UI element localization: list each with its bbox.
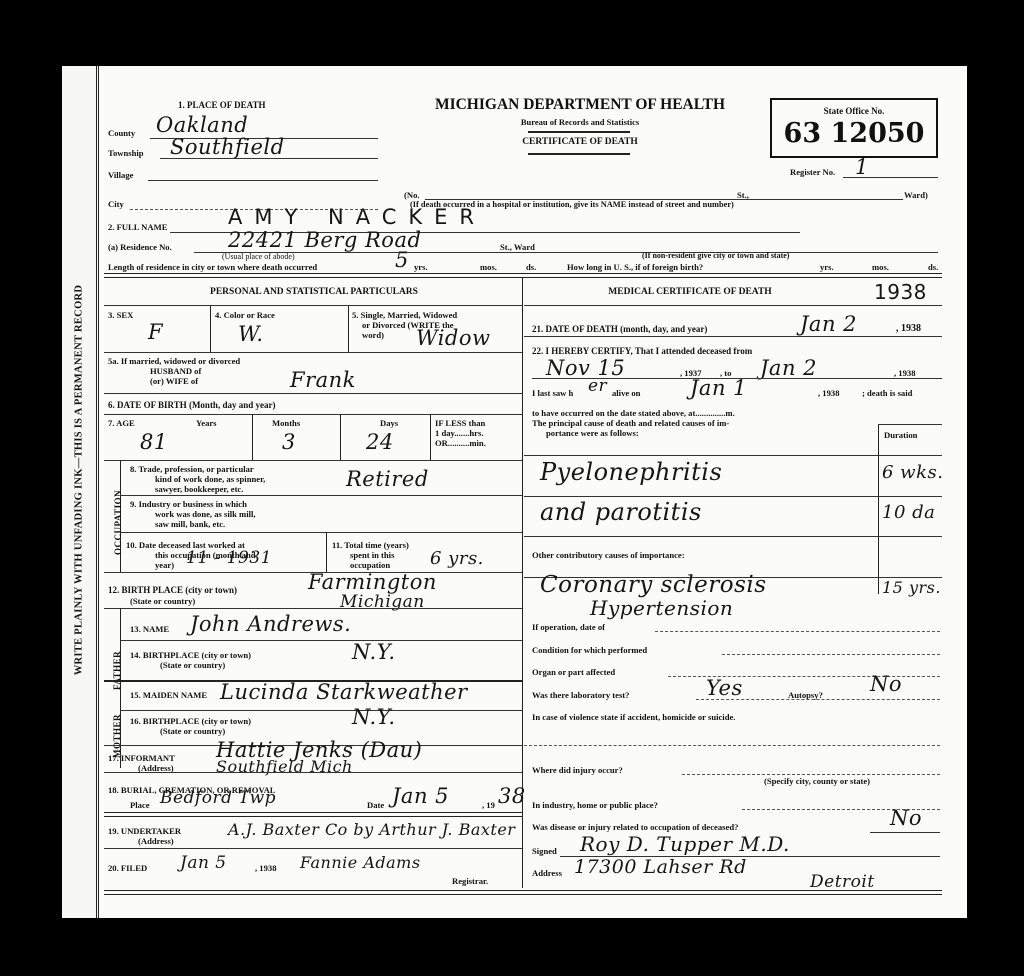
injury-where-note: (Specify city, county or state) bbox=[764, 776, 870, 786]
physician-address-label: Address bbox=[532, 868, 562, 878]
register-label: Register No. bbox=[790, 167, 835, 177]
filed-label: 20. FILED bbox=[108, 863, 147, 873]
us-ds-label: ds. bbox=[928, 262, 938, 272]
divider bbox=[120, 640, 522, 641]
cell-divider bbox=[340, 414, 341, 460]
date-of-death-label: 21. DATE OF DEATH (month, day, and year) bbox=[532, 324, 707, 334]
us-residence-label: How long in U. S., if of foreign birth? bbox=[567, 262, 703, 272]
village-label: Village bbox=[108, 170, 133, 180]
cell-divider bbox=[210, 306, 211, 352]
divider bbox=[104, 393, 522, 394]
date-of-death-value: Jan 2 bbox=[800, 312, 857, 336]
street-ward-label: Ward) bbox=[904, 190, 928, 200]
cause-1-value: Pyelonephritis bbox=[540, 458, 722, 486]
street-no-label: (No. bbox=[404, 190, 420, 200]
birthplace-city-value: Farmington bbox=[308, 570, 437, 594]
divider bbox=[524, 305, 942, 306]
death-said-label: ; death is said bbox=[862, 388, 912, 398]
lab-test-label: Was there laboratory test? bbox=[532, 690, 629, 700]
informant-address-value: Southfield Mich bbox=[216, 757, 353, 776]
margin-instruction: WRITE PLAINLY WITH UNFADING INK—THIS IS … bbox=[74, 285, 85, 676]
date-of-death-year: , 1938 bbox=[896, 324, 921, 334]
spouse-label-1: 5a. If married, widowed or divorced bbox=[108, 356, 240, 366]
underline bbox=[696, 699, 940, 700]
mos-label: mos. bbox=[480, 262, 497, 272]
burial-date-value: Jan 5 bbox=[392, 784, 449, 808]
autopsy-value: No bbox=[870, 672, 902, 696]
total-time-label-1: 11. Total time (years) bbox=[332, 540, 409, 550]
underline bbox=[148, 180, 378, 181]
mother-name-value: Lucinda Starkweather bbox=[220, 680, 468, 704]
attended-to-year: , 1938 bbox=[894, 368, 915, 378]
last-worked-value: 11 - 1931 bbox=[186, 548, 272, 568]
residence-st-ward-label: St., Ward bbox=[500, 242, 535, 252]
marital-label-1: 5. Single, Married, Widowed bbox=[352, 310, 457, 320]
underline bbox=[870, 832, 940, 833]
birthplace-sub-label: (State or country) bbox=[130, 596, 195, 606]
mother-birthplace-label: 16. BIRTHPLACE (city or town) bbox=[130, 716, 251, 726]
burial-year-prefix: , 19 bbox=[482, 800, 495, 810]
divider bbox=[528, 131, 630, 133]
divider bbox=[104, 305, 522, 306]
county-value: Oakland bbox=[156, 113, 248, 137]
burial-date-label: Date bbox=[367, 800, 384, 810]
cell-divider bbox=[326, 532, 327, 572]
total-time-value: 6 yrs. bbox=[430, 548, 484, 569]
undertaker-value: A.J. Baxter Co by Arthur J. Baxter bbox=[228, 820, 515, 839]
signed-value: Roy D. Tupper M.D. bbox=[580, 832, 790, 856]
father-birthplace-label: 14. BIRTHPLACE (city or town) bbox=[130, 650, 251, 660]
last-saw-year: , 1938 bbox=[818, 388, 839, 398]
place-of-death-heading: 1. PLACE OF DEATH bbox=[178, 100, 266, 110]
registrar-name-value: Fannie Adams bbox=[300, 853, 421, 872]
attended-from-value: Nov 15 bbox=[546, 356, 625, 380]
other-cause-2-value: Hypertension bbox=[590, 596, 733, 620]
signed-label: Signed bbox=[532, 846, 557, 856]
other-cause-1-value: Coronary sclerosis bbox=[540, 572, 767, 598]
length-years-value: 5 bbox=[395, 248, 409, 272]
industry-label-3: saw mill, bank, etc. bbox=[155, 519, 225, 529]
spouse-label-3: (or) WIFE of bbox=[150, 376, 198, 386]
spouse-value: Frank bbox=[290, 368, 356, 392]
cause-line bbox=[524, 455, 942, 456]
last-saw-label: I last saw h bbox=[532, 388, 573, 398]
spouse-label-2: HUSBAND of bbox=[150, 366, 201, 376]
violence-label: In case of violence state if accident, h… bbox=[532, 712, 735, 722]
less-label-2: 1 day.......hrs. bbox=[435, 428, 483, 438]
divider bbox=[104, 848, 522, 849]
cause-line bbox=[524, 536, 942, 537]
trade-label-2: kind of work done, as spinner, bbox=[155, 474, 265, 484]
cause-1-duration: 6 wks. bbox=[882, 462, 943, 483]
certificate-title: CERTIFICATE OF DEATH bbox=[450, 137, 710, 147]
attended-to-value: Jan 2 bbox=[760, 356, 817, 380]
related-occupation-value: No bbox=[890, 806, 922, 830]
residence-value: 22421 Berg Road bbox=[228, 228, 421, 252]
father-birthplace-value: N.Y. bbox=[352, 640, 396, 664]
alive-on-label: alive on bbox=[612, 388, 640, 398]
age-months-label: Months bbox=[272, 418, 300, 428]
less-label-1: IF LESS than bbox=[435, 418, 485, 428]
mother-birthplace-sub: (State or country) bbox=[160, 726, 225, 736]
birthplace-label: 12. BIRTH PLACE (city or town) bbox=[108, 585, 237, 595]
ds-label: ds. bbox=[526, 262, 536, 272]
age-days-label: Days bbox=[380, 418, 398, 428]
divider bbox=[524, 336, 942, 337]
organ-label: Organ or part affected bbox=[532, 667, 615, 677]
other-cause-1-duration: 15 yrs. bbox=[882, 578, 941, 597]
state-office-label: State Office No. bbox=[772, 106, 936, 116]
related-occupation-label: Was disease or injury related to occupat… bbox=[532, 822, 738, 832]
condition-label: Condition for which performed bbox=[532, 645, 647, 655]
city-label: City bbox=[108, 199, 124, 209]
divider bbox=[120, 532, 522, 533]
township-value: Southfield bbox=[170, 135, 285, 159]
state-office-box: State Office No. 63 12050 bbox=[770, 98, 938, 158]
personal-section-heading: PERSONAL AND STATISTICAL PARTICULARS bbox=[108, 287, 520, 297]
last-saw-date-value: Jan 1 bbox=[690, 376, 747, 400]
duration-label: Duration bbox=[884, 430, 917, 440]
physician-address-line1: 17300 Lahser Rd bbox=[574, 856, 747, 878]
informant-label: 17. INFORMANT bbox=[108, 753, 175, 763]
register-number: 1 bbox=[855, 155, 869, 179]
mother-name-label: 15. MAIDEN NAME bbox=[130, 690, 207, 700]
divider bbox=[104, 812, 522, 817]
last-worked-label-3: year) bbox=[155, 560, 174, 570]
father-birthplace-sub: (State or country) bbox=[160, 660, 225, 670]
undertaker-label: 19. UNDERTAKER bbox=[108, 826, 181, 836]
state-office-number: 63 12050 bbox=[772, 118, 936, 149]
underline bbox=[524, 745, 940, 746]
age-days-value: 24 bbox=[366, 430, 394, 454]
nonresident-note: (If non-resident give city or town and s… bbox=[642, 251, 789, 261]
divider bbox=[104, 608, 522, 609]
underline bbox=[722, 654, 940, 655]
color-value: W. bbox=[238, 322, 264, 346]
father-name-label: 13. NAME bbox=[130, 624, 169, 634]
age-months-value: 3 bbox=[282, 430, 296, 454]
trade-label-3: sawyer, bookkeeper, etc. bbox=[155, 484, 243, 494]
length-of-residence-label: Length of residence in city or town wher… bbox=[108, 262, 317, 272]
sex-value: F bbox=[148, 320, 163, 344]
age-years-label: Years bbox=[196, 418, 217, 428]
cause-2-value: and parotitis bbox=[540, 498, 702, 526]
duration-divider bbox=[878, 424, 879, 594]
cause-line bbox=[524, 496, 942, 497]
physician-address-line2: Detroit bbox=[810, 872, 875, 892]
township-label: Township bbox=[108, 148, 144, 158]
divider bbox=[528, 153, 630, 155]
department-title: MICHIGAN DEPARTMENT OF HEALTH bbox=[395, 96, 765, 114]
undertaker-sub-label: (Address) bbox=[138, 836, 174, 846]
injury-where-label: Where did injury occur? bbox=[532, 765, 623, 775]
full-name-label: 2. FULL NAME bbox=[108, 222, 167, 232]
total-time-label-3: occupation bbox=[350, 560, 390, 570]
medical-year-note: 1938 bbox=[874, 280, 927, 304]
occupation-side-label: OCCUPATION bbox=[113, 475, 123, 555]
age-years-value: 81 bbox=[140, 430, 168, 454]
filed-year-value: , 1938 bbox=[255, 863, 276, 873]
medical-section-heading: MEDICAL CERTIFICATE OF DEATH bbox=[530, 287, 850, 297]
abode-note: (Usual place of abode) bbox=[222, 252, 295, 262]
father-name-value: John Andrews. bbox=[190, 612, 351, 636]
county-label: County bbox=[108, 128, 135, 138]
mother-side-label: MOTHER bbox=[112, 688, 122, 758]
bureau-subtitle: Bureau of Records and Statistics bbox=[450, 117, 710, 127]
industry-home-label: In industry, home or public place? bbox=[532, 800, 658, 810]
cell-divider bbox=[430, 414, 431, 460]
lab-test-value: Yes bbox=[706, 676, 743, 700]
color-label: 4. Color or Race bbox=[215, 310, 275, 320]
certify-label: 22. I HEREBY CERTIFY, That I attended de… bbox=[532, 346, 752, 356]
other-causes-label: Other contributory causes of importance: bbox=[532, 550, 685, 560]
filed-date-value: Jan 5 bbox=[180, 853, 227, 873]
principal-label-2: portance were as follows: bbox=[546, 428, 639, 438]
underline bbox=[194, 252, 938, 253]
birthplace-state-value: Michigan bbox=[340, 592, 425, 612]
underline bbox=[655, 631, 940, 632]
trade-value: Retired bbox=[346, 467, 429, 491]
operation-label: If operation, date of bbox=[532, 622, 605, 632]
registrar-label: Registrar. bbox=[452, 876, 488, 886]
underline bbox=[682, 774, 940, 775]
cell-divider bbox=[252, 414, 253, 460]
principal-label-1: The principal cause of death and related… bbox=[532, 418, 729, 428]
residence-label: (a) Residence No. bbox=[108, 242, 172, 252]
occurred-label: to have occurred on the date stated abov… bbox=[532, 408, 735, 418]
marital-value: Widow bbox=[416, 326, 491, 350]
age-label: 7. AGE bbox=[108, 418, 135, 428]
us-yrs-label: yrs. bbox=[820, 262, 834, 272]
trade-label-1: 8. Trade, profession, or particular bbox=[130, 464, 254, 474]
burial-place-value: Bedford Twp bbox=[160, 788, 276, 808]
burial-place-label: Place bbox=[130, 800, 150, 810]
mother-birthplace-value: N.Y. bbox=[352, 705, 396, 729]
industry-label-2: work was done, as silk mill, bbox=[155, 509, 256, 519]
cause-2-duration: 10 da bbox=[882, 502, 935, 523]
last-saw-pronoun: er bbox=[588, 376, 607, 396]
marital-label-3: word) bbox=[362, 330, 384, 340]
us-mos-label: mos. bbox=[872, 262, 889, 272]
dob-label: 6. DATE OF BIRTH (Month, day and year) bbox=[108, 400, 275, 410]
divider bbox=[120, 495, 522, 496]
full-name-value: AMY NACKER bbox=[228, 205, 486, 229]
divider bbox=[120, 710, 522, 711]
divider bbox=[104, 414, 522, 415]
section-divider bbox=[104, 273, 942, 278]
burial-year-value: 38 bbox=[498, 784, 526, 808]
less-label-3: OR..........min. bbox=[435, 438, 486, 448]
total-time-label-2: spent in this bbox=[350, 550, 394, 560]
divider bbox=[104, 772, 522, 773]
divider bbox=[104, 352, 522, 353]
industry-label-1: 9. Industry or business in which bbox=[130, 499, 247, 509]
sex-label: 3. SEX bbox=[108, 310, 133, 320]
yrs-label: yrs. bbox=[414, 262, 428, 272]
divider bbox=[104, 460, 522, 461]
cell-divider bbox=[348, 306, 349, 352]
duration-top bbox=[878, 424, 942, 425]
